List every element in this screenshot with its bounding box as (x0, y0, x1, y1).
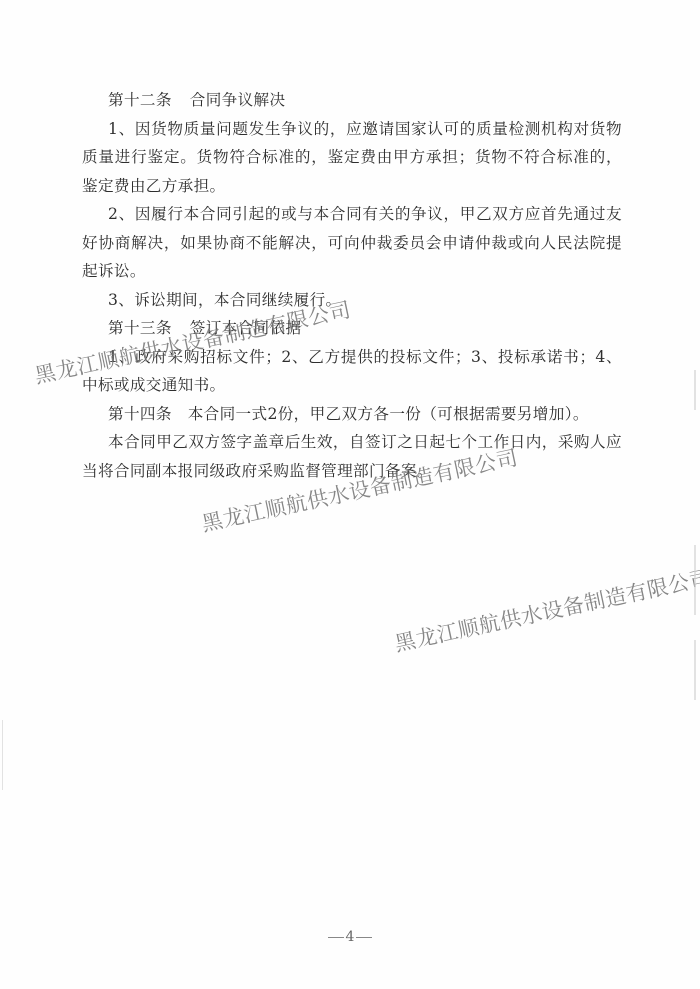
page-number: 4 (0, 929, 700, 945)
scan-edge-artifact (694, 640, 696, 700)
page-number-dash (328, 937, 344, 938)
document-page: 第十二条合同争议解决 1、因货物质量问题发生争议的，应邀请国家认可的质量检测机构… (0, 0, 700, 989)
page-number-value: 4 (346, 929, 355, 945)
scan-edge-artifact (694, 370, 696, 410)
document-body: 第十二条合同争议解决 1、因货物质量问题发生争议的，应邀请国家认可的质量检测机构… (82, 86, 622, 485)
section-heading-12: 第十二条合同争议解决 (82, 86, 622, 115)
scan-edge-artifact (2, 720, 3, 790)
paragraph: 2、因履行本合同引起的或与本合同有关的争议，甲乙双方应首先通过友好协商解决，如果… (82, 200, 622, 286)
section-14-paragraph: 第十四条 本合同一式2份，甲乙双方各一份（可根据需要另增加）。 (82, 400, 622, 429)
page-number-dash (356, 937, 372, 938)
scan-edge-artifact (694, 545, 696, 615)
paragraph: 1、因货物质量问题发生争议的，应邀请国家认可的质量检测机构对货物质量进行鉴定。货… (82, 115, 622, 201)
section-number: 第十二条 (108, 91, 172, 109)
section-title: 合同争议解决 (190, 91, 286, 109)
paragraph: 3、诉讼期间，本合同继续履行。 (82, 286, 622, 315)
watermark: 黑龙江顺航供水设备制造有限公司 (392, 562, 700, 658)
